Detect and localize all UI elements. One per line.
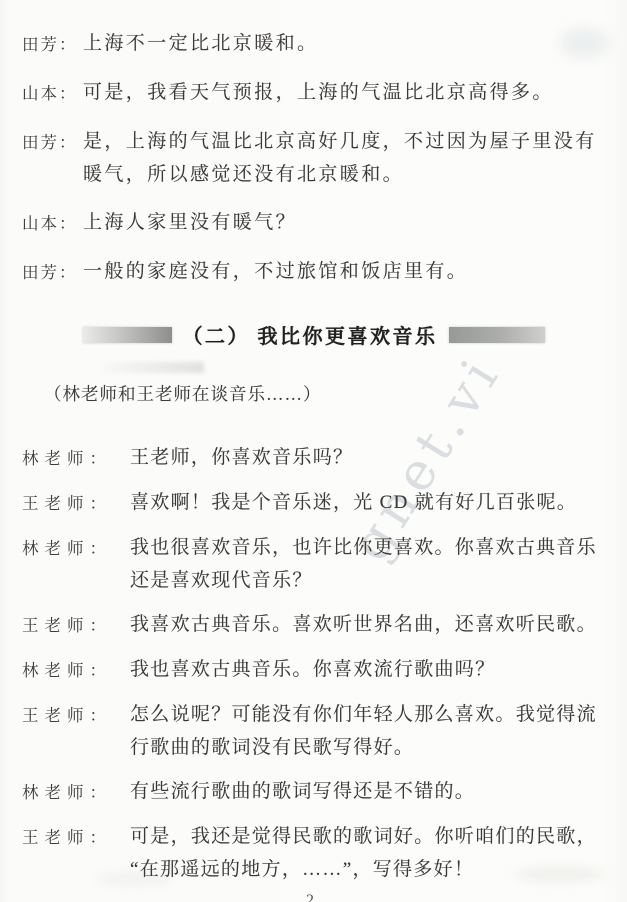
dialogue-entry: 王老师： 可是，我还是觉得民歌的歌词好。你听咱们的民歌， “在那遥远的地方，……… bbox=[22, 820, 605, 886]
stage-direction: （林老师和王老师在谈音乐……） bbox=[44, 381, 322, 406]
speaker-label: 王老师： bbox=[22, 820, 130, 854]
dialogue-text: 我喜欢古典音乐。喜欢听世界名曲，还喜欢听民歌。 bbox=[130, 608, 605, 641]
speaker-label: 田芳： bbox=[22, 255, 83, 289]
section-heading: （二） 我比你更喜欢音乐 bbox=[0, 320, 627, 349]
dialogue-text: 怎么说呢？可能没有你们年轻人那么喜欢。我觉得流 行歌曲的歌词没有民歌写得好。 bbox=[130, 698, 605, 764]
speaker-label: 林老师： bbox=[22, 775, 130, 809]
dialogue-entry: 山本： 可是，我看天气预报，上海的气温比北京高得多。 bbox=[22, 76, 605, 110]
dialogue-entry: 山本： 上海人家里没有暖气？ bbox=[22, 206, 605, 240]
section-heading-title: （二） 我比你更喜欢音乐 bbox=[183, 320, 438, 349]
dialogue-entry: 田芳： 是，上海的气温比北京高好几度，不过因为屋子里没有 暖气，所以感觉还没有北… bbox=[22, 125, 605, 191]
dialogue-text: 我也喜欢古典音乐。你喜欢流行歌曲吗？ bbox=[130, 653, 605, 686]
dialogue-text: 是，上海的气温比北京高好几度，不过因为屋子里没有 暖气，所以感觉还没有北京暖和。 bbox=[83, 125, 605, 191]
dialogue-section-1: 田芳： 上海不一定比北京暖和。 山本： 可是，我看天气预报，上海的气温比北京高得… bbox=[22, 27, 605, 304]
dialogue-entry: 田芳： 一般的家庭没有，不过旅馆和饭店里有。 bbox=[22, 255, 605, 289]
heading-bar-right bbox=[449, 327, 545, 343]
dialogue-text: 可是，我看天气预报，上海的气温比北京高得多。 bbox=[83, 76, 605, 109]
dialogue-text: 上海人家里没有暖气？ bbox=[83, 206, 605, 239]
dialogue-entry: 林老师： 有些流行歌曲的歌词写得还是不错的。 bbox=[22, 775, 605, 809]
speaker-label: 山本： bbox=[22, 206, 83, 240]
speaker-label: 林老师： bbox=[22, 653, 130, 687]
textbook-page: gnet.vi 田芳： 上海不一定比北京暖和。 山本： 可是，我看天气预报，上海… bbox=[0, 0, 627, 902]
dialogue-entry: 林老师： 我也很喜欢音乐，也许比你更喜欢。你喜欢古典音乐 还是喜欢现代音乐？ bbox=[22, 531, 605, 597]
dialogue-text: 我也很喜欢音乐，也许比你更喜欢。你喜欢古典音乐 还是喜欢现代音乐？ bbox=[130, 531, 605, 597]
dialogue-text: 喜欢啊！我是个音乐迷，光 CD 就有好几百张呢。 bbox=[130, 486, 605, 519]
dialogue-entry: 林老师： 王老师，你喜欢音乐吗？ bbox=[22, 441, 605, 475]
dialogue-text: 上海不一定比北京暖和。 bbox=[83, 27, 605, 60]
dialogue-entry: 田芳： 上海不一定比北京暖和。 bbox=[22, 27, 605, 61]
speaker-label: 林老师： bbox=[22, 441, 130, 475]
dialogue-text: 一般的家庭没有，不过旅馆和饭店里有。 bbox=[83, 255, 605, 288]
dialogue-section-2: 林老师： 王老师，你喜欢音乐吗？ 王老师： 喜欢啊！我是个音乐迷，光 CD 就有… bbox=[22, 441, 605, 897]
speaker-label: 山本： bbox=[22, 76, 83, 110]
dialogue-entry: 王老师： 怎么说呢？可能没有你们年轻人那么喜欢。我觉得流 行歌曲的歌词没有民歌写… bbox=[22, 698, 605, 764]
dialogue-text: 可是，我还是觉得民歌的歌词好。你听咱们的民歌， “在那遥远的地方，……”，写得多… bbox=[130, 820, 605, 886]
dialogue-entry: 林老师： 我也喜欢古典音乐。你喜欢流行歌曲吗？ bbox=[22, 653, 605, 687]
speaker-label: 王老师： bbox=[22, 486, 130, 520]
speaker-label: 王老师： bbox=[22, 608, 130, 642]
speaker-label: 田芳： bbox=[22, 27, 83, 61]
page-number: 2 bbox=[306, 892, 314, 902]
scan-smudge bbox=[102, 362, 204, 373]
speaker-label: 林老师： bbox=[22, 531, 130, 565]
dialogue-text: 有些流行歌曲的歌词写得还是不错的。 bbox=[130, 775, 605, 808]
speaker-label: 王老师： bbox=[22, 698, 130, 732]
dialogue-entry: 王老师： 我喜欢古典音乐。喜欢听世界名曲，还喜欢听民歌。 bbox=[22, 608, 605, 642]
speaker-label: 田芳： bbox=[22, 125, 83, 159]
dialogue-text: 王老师，你喜欢音乐吗？ bbox=[130, 441, 605, 474]
heading-bar-left bbox=[83, 327, 172, 343]
dialogue-entry: 王老师： 喜欢啊！我是个音乐迷，光 CD 就有好几百张呢。 bbox=[22, 486, 605, 520]
